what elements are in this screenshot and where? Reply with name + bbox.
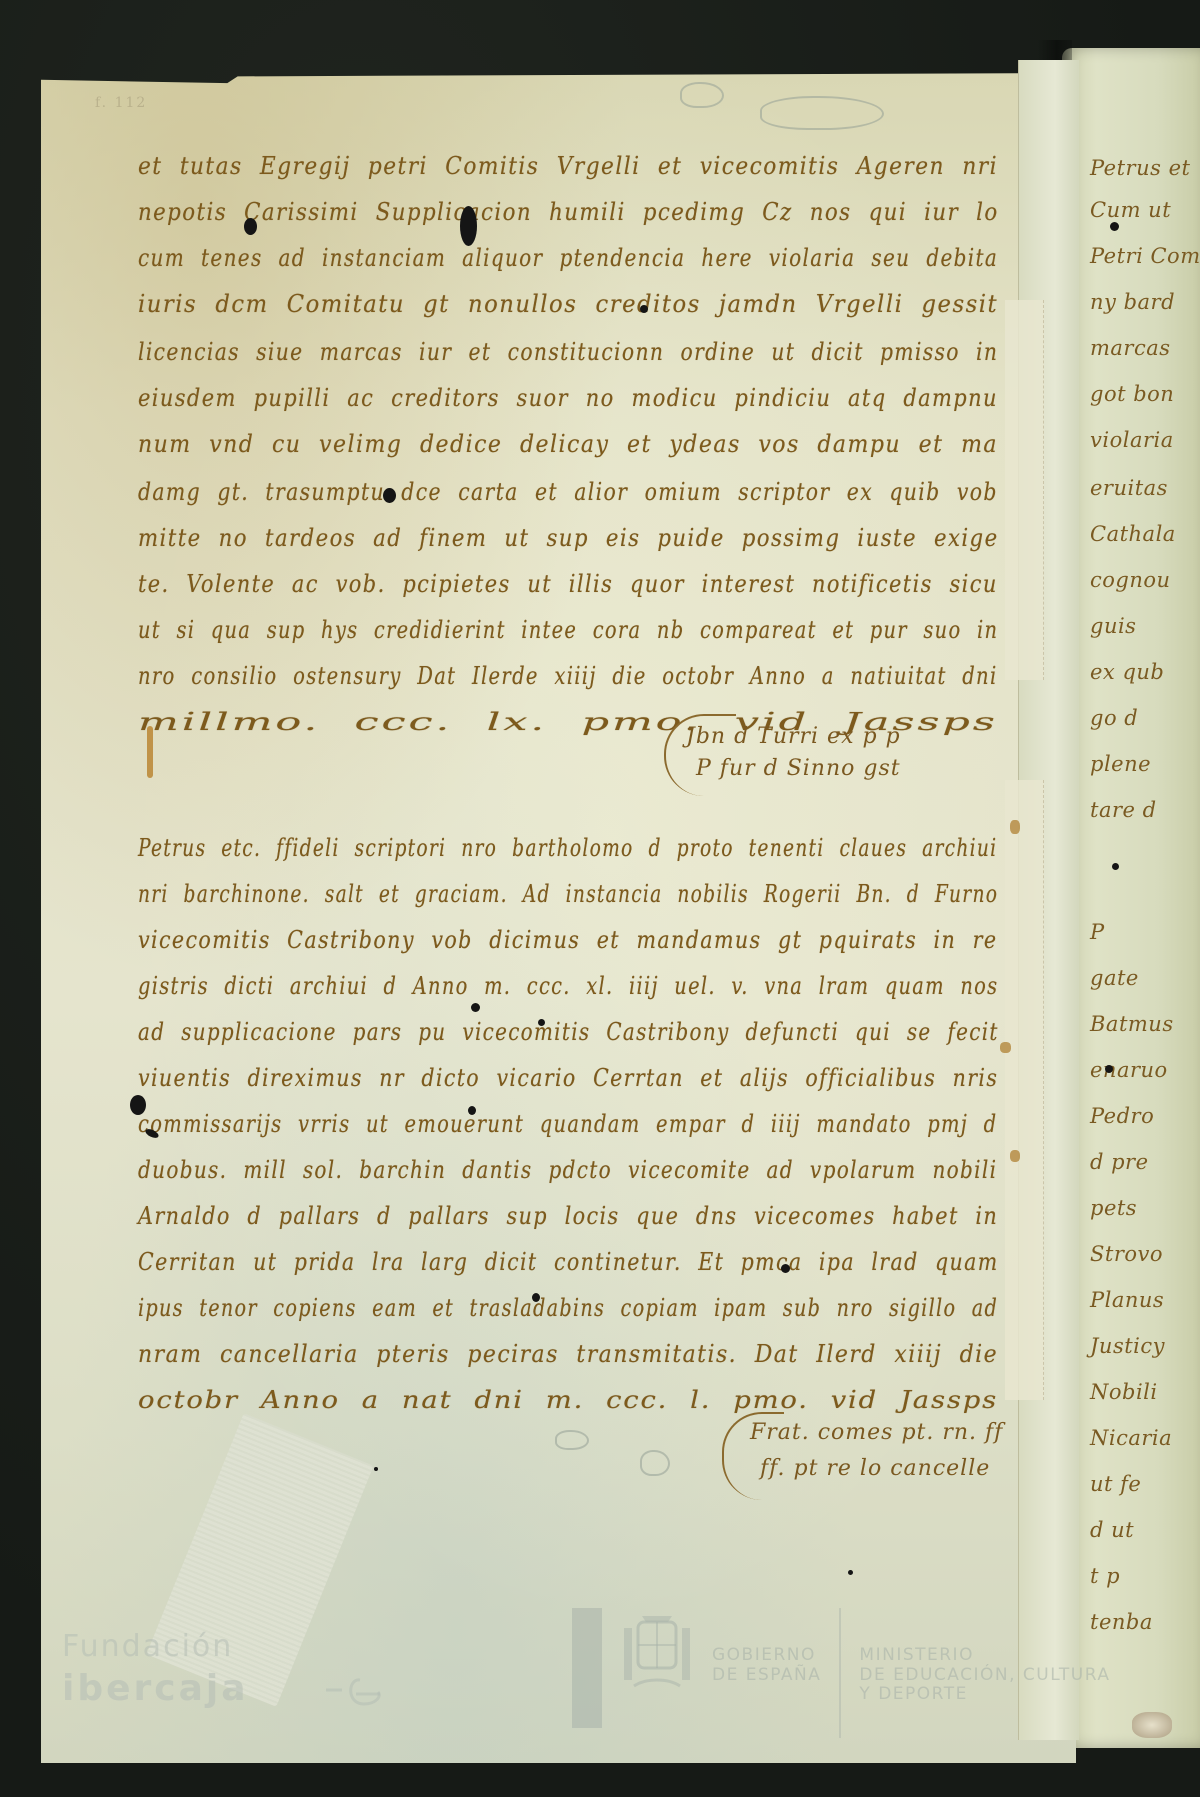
manuscript-line: mitte no tardeos ad finem ut sup eis pui… [138, 524, 999, 552]
facing-line: ny bard [1090, 290, 1175, 314]
manuscript-line: damg gt. trasumptu dce carta et alior om… [138, 478, 998, 506]
manuscript-line: iuris dcm Comitatu gt nonullos creditos … [138, 290, 998, 318]
government-watermark: GOBIERNO DE ESPAÑA MINISTERIO DE EDUCACI… [572, 1608, 1110, 1738]
ink-stain [1010, 820, 1020, 834]
signature-line: Jbn d Turri ex p p [686, 724, 901, 749]
facing-line: Petri Com [1090, 244, 1200, 268]
watermark-brand: ibercaja [62, 1666, 249, 1711]
manuscript-line: num vnd cu velimg dedice delicay et ydea… [138, 430, 998, 458]
manuscript-line: Cerritan ut prida lra larg dicit contine… [138, 1248, 999, 1276]
water-stain [555, 1430, 589, 1450]
manuscript-line: nri barchinone. salt et graciam. Ad inst… [138, 880, 998, 908]
gobierno-text: GOBIERNO DE ESPAÑA [712, 1646, 821, 1685]
watermark-bar [572, 1608, 602, 1728]
manuscript-folio [41, 73, 1076, 1763]
facing-line: violaria [1090, 428, 1174, 452]
facing-line: Nicaria [1090, 1426, 1172, 1450]
fundacion-ibercaja-watermark: Fundación ibercaja [62, 1628, 249, 1711]
facing-line: go d [1090, 706, 1138, 730]
manuscript-line: ipus tenor copiens eam et trasladabins c… [138, 1294, 998, 1322]
facing-line: Petrus et [1090, 156, 1190, 180]
worm-hole [471, 1003, 480, 1012]
ministerio-line: MINISTERIO [859, 1646, 1110, 1666]
signature-line: Frat. comes pt. rn. ff [750, 1420, 1003, 1445]
manuscript-line: ut si qua sup hys credidierint intee cor… [138, 616, 998, 644]
manuscript-line: Petrus etc. ffideli scriptori nro bartho… [138, 834, 997, 862]
facing-line: Strovo [1090, 1242, 1163, 1266]
manuscript-line: et tutas Egregij petri Comitis Vrgelli e… [138, 152, 998, 180]
gobierno-line: DE ESPAÑA [712, 1666, 821, 1686]
worm-hole [640, 305, 648, 313]
facing-line: Pedro [1090, 1104, 1154, 1128]
margin-ink-mark [147, 726, 153, 778]
worm-hole [374, 1467, 378, 1471]
facing-line: gate [1090, 966, 1139, 990]
signature-line: P fur d Sinno gst [696, 756, 901, 781]
repair-patch [1005, 780, 1044, 1400]
facing-line: d ut [1090, 1518, 1134, 1542]
facing-line: Batmus [1090, 1012, 1174, 1036]
manuscript-line: octobr Anno a nat dni m. ccc. l. pmo. vi… [138, 1386, 998, 1414]
manuscript-line: cum tenes ad instanciam aliquor ptendenc… [138, 244, 998, 272]
worm-hole [383, 488, 396, 503]
worm-hole [781, 1264, 790, 1273]
manuscript-line: vicecomitis Castribony vob dicimus et ma… [138, 926, 997, 954]
worm-hole [1110, 222, 1119, 231]
ibercaja-logo-icon [320, 1672, 400, 1712]
facing-line: plene [1090, 752, 1151, 776]
facing-line: tare d [1090, 798, 1157, 822]
manuscript-line: nram cancellaria pteris peciras transmit… [138, 1340, 998, 1368]
worm-hole [532, 1293, 540, 1302]
worm-hole [1105, 1065, 1113, 1073]
worm-hole [848, 1570, 853, 1575]
manuscript-line: ad supplicacione pars pu vicecomitis Cas… [138, 1018, 999, 1046]
facing-line: Nobili [1090, 1380, 1158, 1404]
gobierno-line: GOBIERNO [712, 1646, 821, 1666]
manuscript-line: commissarijs vrris ut emouerunt quandam … [138, 1110, 997, 1138]
facing-line: Cum ut [1090, 198, 1171, 222]
manuscript-line: viuentis direximus nr dicto vicario Cerr… [138, 1064, 998, 1092]
watermark-text: Fundación [62, 1628, 249, 1666]
ministerio-text: MINISTERIO DE EDUCACIÓN, CULTURA Y DEPOR… [859, 1646, 1110, 1705]
worm-hole [1112, 863, 1119, 870]
facing-line: Cathala [1090, 522, 1176, 546]
ink-stain [1010, 1150, 1020, 1162]
worm-hole [130, 1095, 146, 1115]
manuscript-line: nro consilio ostensury Dat Ilerde xiiij … [138, 662, 997, 690]
facing-line: cognou [1090, 568, 1171, 592]
facing-line: t p [1090, 1564, 1120, 1588]
ministerio-line: Y DEPORTE [859, 1685, 1110, 1705]
facing-line: eruitas [1090, 476, 1168, 500]
water-stain [680, 82, 724, 108]
worm-hole [460, 206, 477, 246]
facing-line: d pre [1090, 1150, 1149, 1174]
worm-hole [244, 218, 257, 235]
manuscript-line: Arnaldo d pallars d pallars sup locis qu… [138, 1202, 998, 1230]
facing-page: Petrus et Cum ut Petri Com ny bard marca… [1062, 48, 1200, 1748]
folio-number: f. 112 [95, 95, 147, 111]
spain-coat-of-arms-icon [620, 1608, 694, 1704]
signature-line: ff. pt re lo cancelle [760, 1456, 990, 1481]
facing-line: got bon [1090, 382, 1174, 406]
binding-thread [1132, 1712, 1172, 1738]
facing-line: ex qub [1090, 660, 1164, 684]
facing-line: Planus [1090, 1288, 1164, 1312]
facing-line: ut fe [1090, 1472, 1141, 1496]
facing-line: pets [1090, 1196, 1137, 1220]
manuscript-line: licencias siue marcas iur et constitucio… [138, 338, 998, 366]
manuscript-line: gistris dicti archiui d Anno m. ccc. xl.… [138, 972, 998, 1000]
manuscript-line: te. Volente ac vob. pcipietes ut illis q… [138, 570, 998, 598]
facing-line: marcas [1090, 336, 1171, 360]
worm-hole [468, 1106, 476, 1115]
facing-line: Justicy [1090, 1334, 1165, 1358]
water-stain [760, 96, 884, 130]
manuscript-line: eiusdem pupilli ac creditors suor no mod… [138, 384, 998, 412]
watermark-divider [839, 1608, 841, 1738]
ink-stain [1000, 1042, 1011, 1053]
manuscript-line: duobus. mill sol. barchin dantis pdcto v… [138, 1156, 997, 1184]
worm-hole [538, 1019, 545, 1026]
repair-patch [1005, 300, 1044, 680]
facing-line: guis [1090, 614, 1136, 638]
ministerio-line: DE EDUCACIÓN, CULTURA [859, 1666, 1110, 1686]
manuscript-line: nepotis Carissimi Supplicacion humili pc… [138, 198, 999, 226]
facing-line: P [1090, 920, 1105, 944]
facing-line: enaruo [1090, 1058, 1168, 1082]
water-stain [640, 1450, 670, 1476]
